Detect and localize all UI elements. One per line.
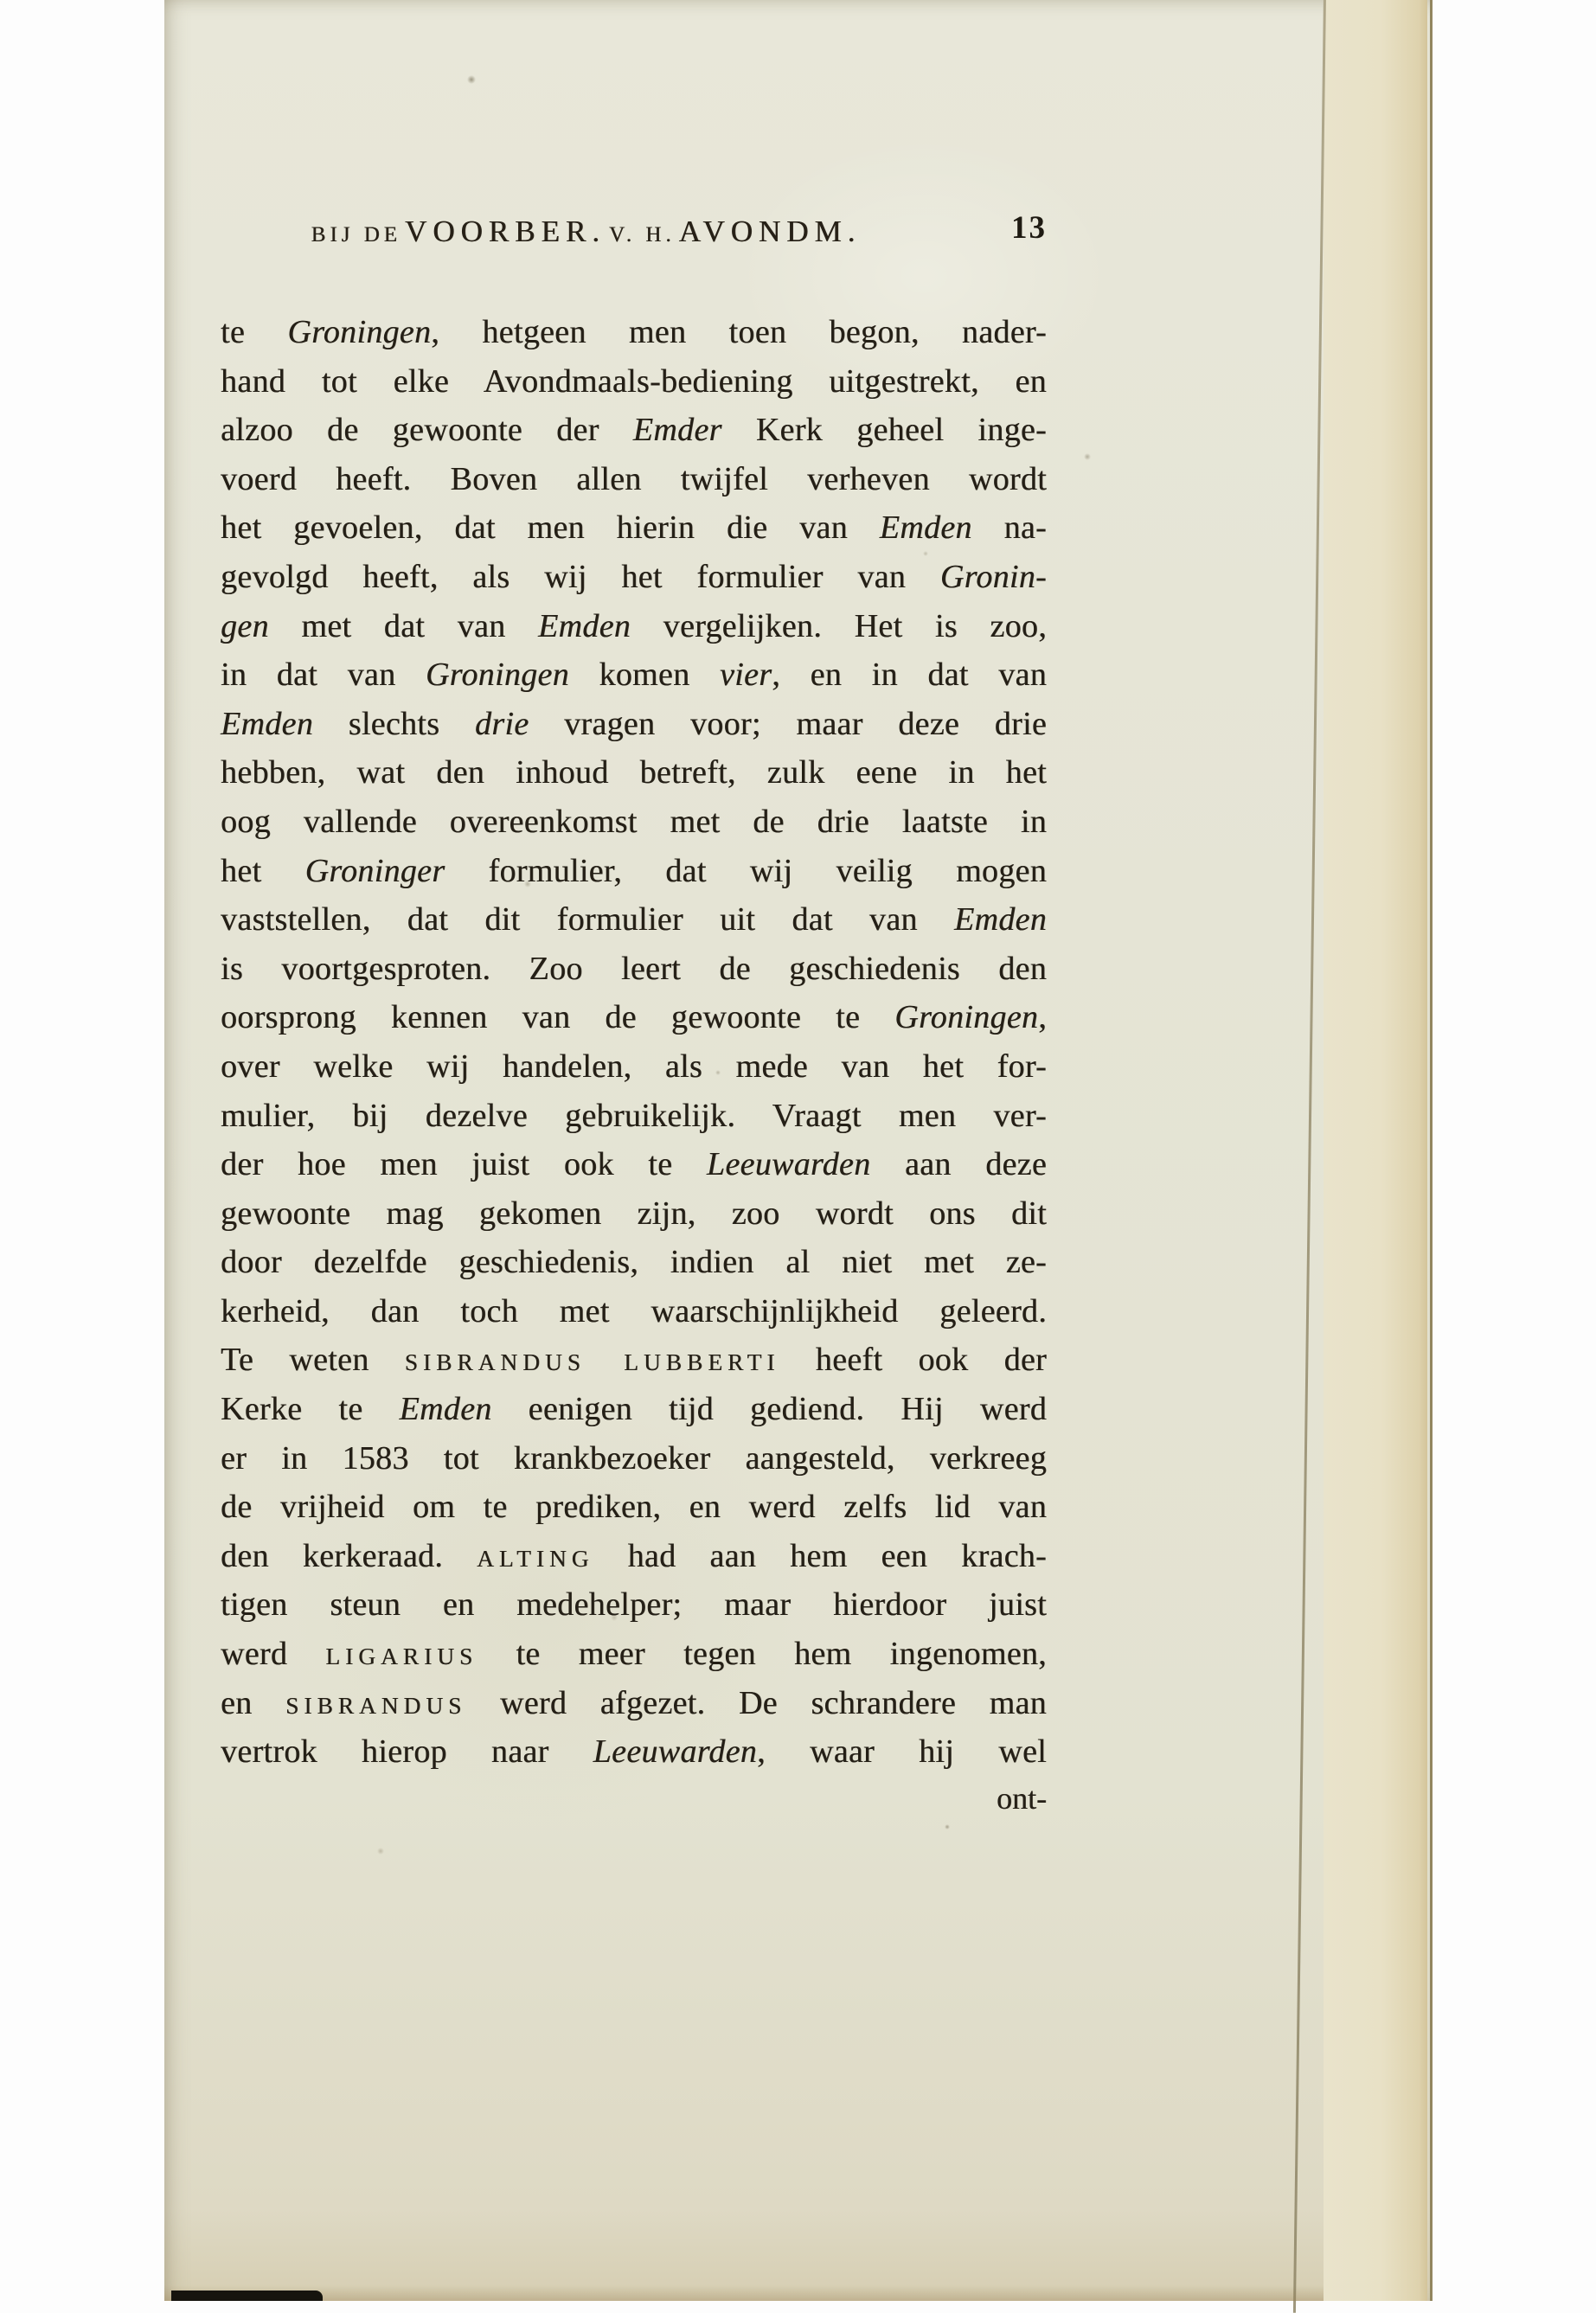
text-line: is voortgesproten. Zoo leert de geschied… <box>221 945 1047 994</box>
text-line: kerheid, dan toch met waarschijnlijkheid… <box>221 1287 1047 1336</box>
text-line: Te weten SIBRANDUS LUBBERTI heeft ook de… <box>221 1336 1047 1385</box>
page-fold-line <box>1293 0 1326 2301</box>
text-line: der hoe men juist ook te Leeuwarden aan … <box>221 1140 1047 1189</box>
text-line: door dezelfde geschiedenis, indien al ni… <box>221 1238 1047 1287</box>
text-line: gewoonte mag gekomen zijn, zoo wordt ons… <box>221 1189 1047 1239</box>
text-line: over welke wij handelen, als mede van he… <box>221 1042 1047 1092</box>
header-part-small-1: BIJ DE <box>311 223 401 247</box>
scan-dark-sliver <box>171 2291 323 2301</box>
text-line: hebben, wat den inhoud betreft, zulk een… <box>221 748 1047 798</box>
text-line: er in 1583 tot krankbezoeker aangesteld,… <box>221 1434 1047 1483</box>
text-line: vertrok hierop naar Leeuwarden, waar hij… <box>221 1727 1047 1777</box>
page-number: 13 <box>1011 209 1047 247</box>
text-line: gevolgd heeft, als wij het formulier van… <box>221 553 1047 602</box>
text-line: hand tot elke Avondmaals-bediening uitge… <box>221 357 1047 407</box>
text-line: en SIBRANDUS werd afgezet. De schrandere… <box>221 1679 1047 1728</box>
header-part-small-2: V. H. <box>609 223 676 247</box>
header-part-large-2: AVONDM. <box>679 215 862 248</box>
running-header-text: BIJ DE VOORBER. V. H. AVONDM. <box>221 215 952 249</box>
text-line: tigen steun en medehelper; maar hierdoor… <box>221 1580 1047 1630</box>
body-text: te Groningen, hetgeen men toen begon, na… <box>221 308 1047 1777</box>
text-line: het gevoelen, dat men hierin die van Emd… <box>221 503 1047 553</box>
text-line: oorsprong kennen van de gewoonte te Gron… <box>221 993 1047 1042</box>
text-line: gen met dat van Emden vergelijken. Het i… <box>221 602 1047 651</box>
catchword: ont- <box>221 1780 1047 1816</box>
text-line: Kerke te Emden eenigen tijd gediend. Hij… <box>221 1385 1047 1434</box>
text-line: in dat van Groningen komen vier, en in d… <box>221 650 1047 700</box>
text-line: den kerkeraad. ALTING had aan hem een kr… <box>221 1532 1047 1581</box>
text-line: vaststellen, dat dit formulier uit dat v… <box>221 895 1047 945</box>
page-bottom-shading <box>164 2285 1324 2301</box>
text-line: te Groningen, hetgeen men toen begon, na… <box>221 308 1047 357</box>
book-page: BIJ DE VOORBER. V. H. AVONDM. 13 te Gron… <box>164 0 1433 2301</box>
text-line: voerd heeft. Boven allen twijfel verheve… <box>221 455 1047 504</box>
text-line: werd LIGARIUS te meer tegen hem ingenome… <box>221 1630 1047 1679</box>
text-line: de vrijheid om te prediken, en werd zelf… <box>221 1483 1047 1532</box>
text-line: oog vallende overeenkomst met de drie la… <box>221 798 1047 847</box>
header-part-large-1: VOORBER. <box>405 215 606 248</box>
text-line: alzoo de gewoonte der Emder Kerk geheel … <box>221 406 1047 455</box>
text-line: Emden slechts drie vragen voor; maar dez… <box>221 700 1047 749</box>
running-header: BIJ DE VOORBER. V. H. AVONDM. 13 <box>221 215 1047 259</box>
text-line: mulier, bij dezelve gebruikelijk. Vraagt… <box>221 1092 1047 1141</box>
next-page-edge-strip <box>1324 0 1427 2301</box>
text-line: het Groninger formulier, dat wij veilig … <box>221 847 1047 896</box>
